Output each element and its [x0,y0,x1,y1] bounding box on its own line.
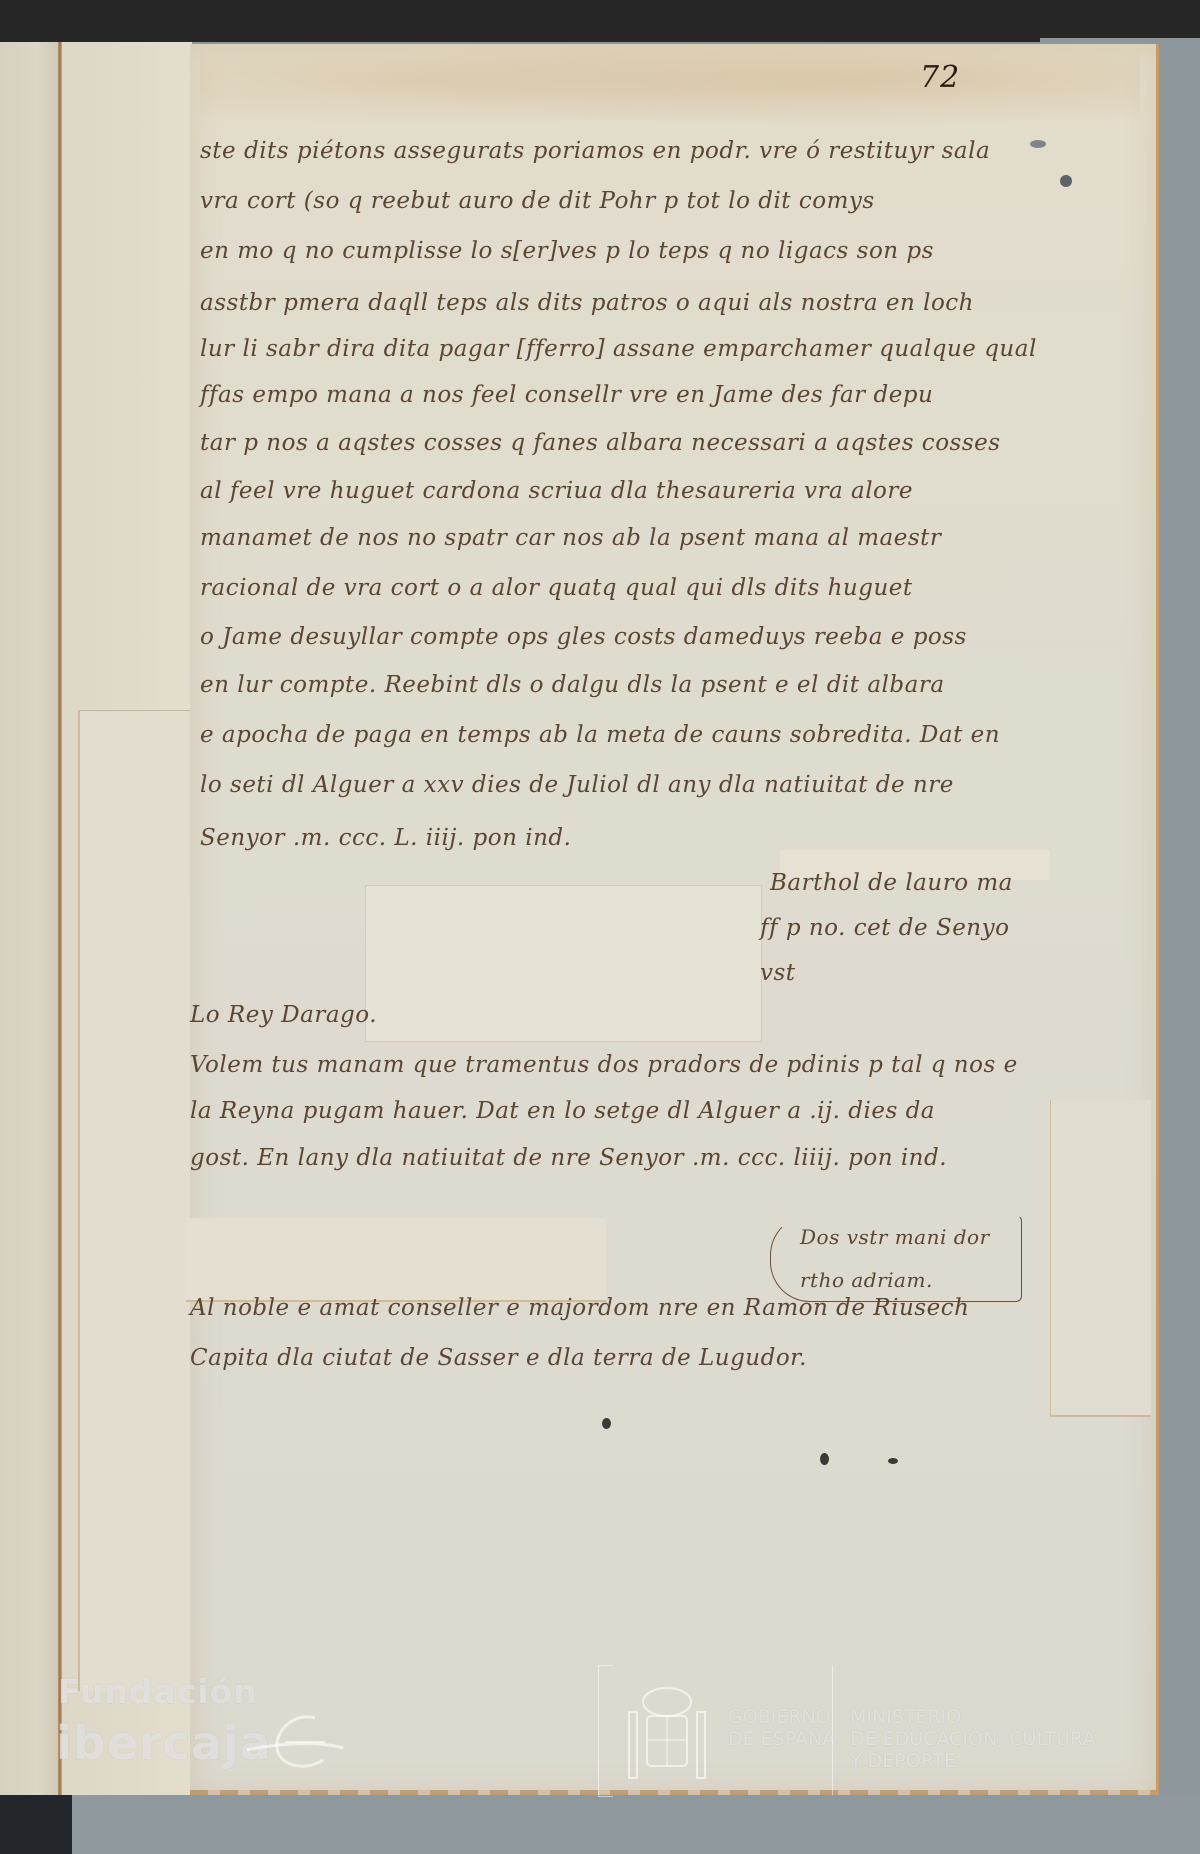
signature-line: Barthol de lauro ma [770,870,1013,896]
manuscript-line: ste dits piétons assegurats poriamos en … [200,138,990,164]
address-line: Al noble e amat conseller e majordom nre… [190,1295,969,1321]
watermark-ministerio-line1: MINISTERIO [850,1706,1095,1728]
manuscript-line: Senyor .m. ccc. L. iiij. pon ind. [200,825,571,851]
scanner-bottom-band [0,1795,72,1854]
repair-patch-center [365,885,762,1042]
watermark-gobierno-line2: DE ESPAÑA [728,1728,835,1750]
watermark-gobierno: GOBIERNO DE ESPAÑA [728,1706,835,1750]
ink-blot [888,1458,898,1464]
book-binding-margin [0,42,62,1798]
watermark-ministerio-line2: DE EDUCACIÓN, CULTURA [850,1728,1095,1750]
ink-blot [602,1418,611,1429]
repair-patch-right [1050,1100,1151,1417]
watermark-ibercaja: ibercaja [56,1716,272,1770]
signature-line: vst [760,960,796,986]
scanner-top-band [0,0,1200,42]
signature-line: ff p no. cet de Senyo [760,915,1009,941]
manuscript-line: ffas empo mana a nos feel consellr vre e… [200,382,933,408]
address-line: Capita dla ciutat de Sasser e dla terra … [190,1345,807,1371]
watermark-ministerio-line3: Y DEPORTE [850,1750,1095,1772]
manuscript-line: en lur compte. Reebint dls o dalgu dls l… [200,672,945,698]
watermark-fundacion: Fundación [58,1672,258,1711]
manuscript-line: al feel vre huguet cardona scriua dla th… [200,478,913,504]
spain-coat-of-arms-icon [625,1680,710,1790]
manuscript-line: racional de vra cort o a alor quatq qual… [200,575,913,601]
manuscript-line: la Reyna pugam hauer. Dat en lo setge dl… [190,1098,935,1124]
manuscript-line: en mo q no cumplisse lo s[er]ves p lo te… [200,238,934,264]
manuscript-line: o Jame desuyllar compte ops gles costs d… [200,624,967,650]
repair-patch-left [78,710,190,1691]
manuscript-line: asstbr pmera daqll teps als dits patros … [200,290,974,316]
manuscript-line: Volem tus manam que tramentus dos prador… [190,1052,1018,1078]
watermark-frame [598,1665,613,1797]
watermark-ministerio: MINISTERIO DE EDUCACIÓN, CULTURA Y DEPOR… [850,1706,1095,1772]
manuscript-line: e apocha de paga en temps ab la meta de … [200,722,1000,748]
manuscript-line: manamet de nos no spatr car nos ab la ps… [200,525,941,551]
repair-patch-lower-left [186,1218,606,1302]
binding-fold-line [58,42,62,1798]
manuscript-line: tar p nos a aqstes cosses q fanes albara… [200,430,1001,456]
manuscript-line: lur li sabr dira dita pagar [fferro] ass… [200,336,1037,362]
wormhole [1060,175,1072,187]
manuscript-line: vra cort (so q reebut auro de dit Pohr p… [200,188,875,214]
background-gray-bottom [0,1795,1200,1854]
watermark-gobierno-line1: GOBIERNO [728,1706,835,1728]
manuscript-line: lo seti dl Alguer a xxv dies de Juliol d… [200,772,954,798]
wormhole [1030,140,1046,148]
water-stain-top [200,44,1140,134]
folio-number: 72 [920,60,960,95]
ibercaja-logo-icon [245,1710,345,1776]
manuscript-line: gost. En lany dla natiuitat de nre Senyo… [190,1145,947,1171]
letter-heading: Lo Rey Darago. [190,1002,377,1028]
signature-bracket [770,1215,1022,1302]
watermark-divider [832,1665,833,1795]
ink-blot [820,1453,829,1465]
